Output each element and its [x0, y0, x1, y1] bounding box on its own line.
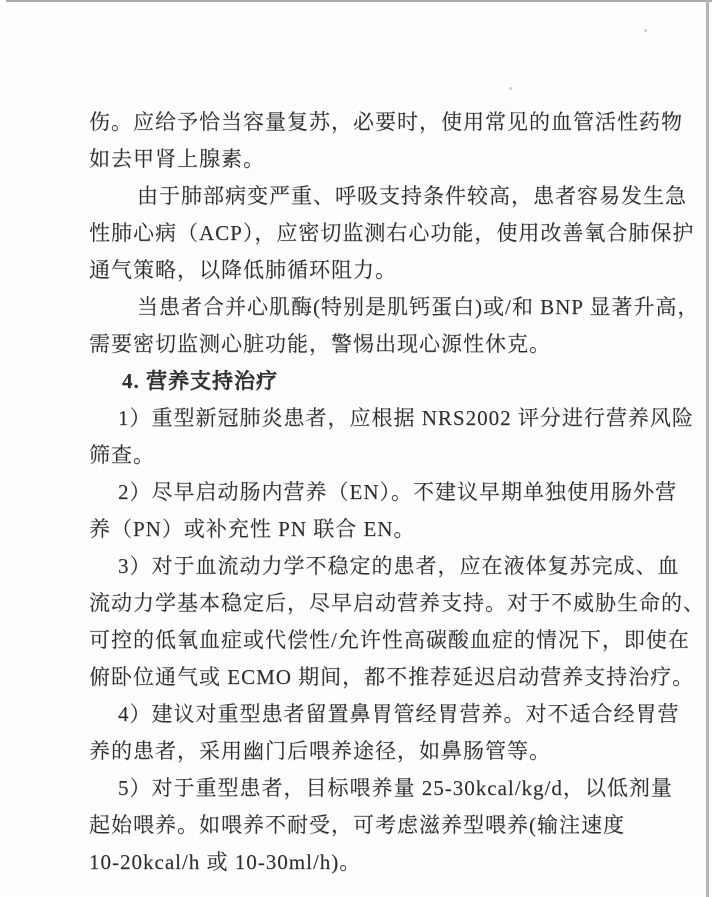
text-line: 如去甲肾上腺素。 [89, 141, 617, 178]
text-line: 俯卧位通气或 ECMO 期间，都不推荐延迟启动营养支持治疗。 [89, 659, 617, 696]
text-line: 需要密切监测心脏功能，警惕出现心源性休克。 [89, 326, 617, 363]
text-line: 养的患者，采用幽门后喂养途径，如鼻肠管等。 [89, 733, 617, 770]
scan-speck [644, 29, 647, 32]
text-line: 3）对于血流动力学不稳定的患者，应在液体复苏完成、血 [89, 548, 617, 585]
text-line: 5）对于重型患者，目标喂养量 25-30kcal/kg/d，以低剂量 [89, 770, 617, 807]
text-line: 养（PN）或补充性 PN 联合 EN。 [89, 511, 617, 548]
text-line: 当患者合并心肌酶(特别是肌钙蛋白)或/和 BNP 显著升高， [89, 289, 617, 326]
text-line: 流动力学基本稳定后，尽早启动营养支持。对于不威胁生命的、 [89, 585, 617, 622]
document-text: 伤。应给予恰当容量复苏，必要时，使用常见的血管活性药物如去甲肾上腺素。由于肺部病… [89, 104, 617, 881]
text-line: 性肺心病（ACP），应密切监测右心功能，使用改善氧合肺保护 [89, 215, 617, 252]
scan-speck [509, 87, 512, 90]
text-line: 由于肺部病变严重、呼吸支持条件较高，患者容易发生急 [89, 178, 617, 215]
text-line: 起始喂养。如喂养不耐受，可考虑滋养型喂养(输注速度 [89, 807, 617, 844]
text-line: 2）尽早启动肠内营养（EN）。不建议早期单独使用肠外营 [89, 474, 617, 511]
text-line: 通气策略，以降低肺循环阻力。 [89, 252, 617, 289]
scan-right-edge-artifact [706, 0, 709, 897]
text-line: 筛查。 [89, 437, 617, 474]
scanned-document-page: 伤。应给予恰当容量复苏，必要时，使用常见的血管活性药物如去甲肾上腺素。由于肺部病… [0, 0, 712, 897]
text-line: 可控的低氧血症或代偿性/允许性高碳酸血症的情况下，即使在 [89, 622, 617, 659]
scan-top-edge-artifact [6, 0, 712, 2]
text-line: 4）建议对重型患者留置鼻胃管经胃营养。对不适合经胃营 [89, 696, 617, 733]
text-line: 伤。应给予恰当容量复苏，必要时，使用常见的血管活性药物 [89, 104, 617, 141]
text-line: 10-20kcal/h 或 10-30ml/h)。 [89, 844, 617, 881]
section-heading: 4. 营养支持治疗 [89, 363, 617, 400]
text-line: 1）重型新冠肺炎患者，应根据 NRS2002 评分进行营养风险 [89, 400, 617, 437]
